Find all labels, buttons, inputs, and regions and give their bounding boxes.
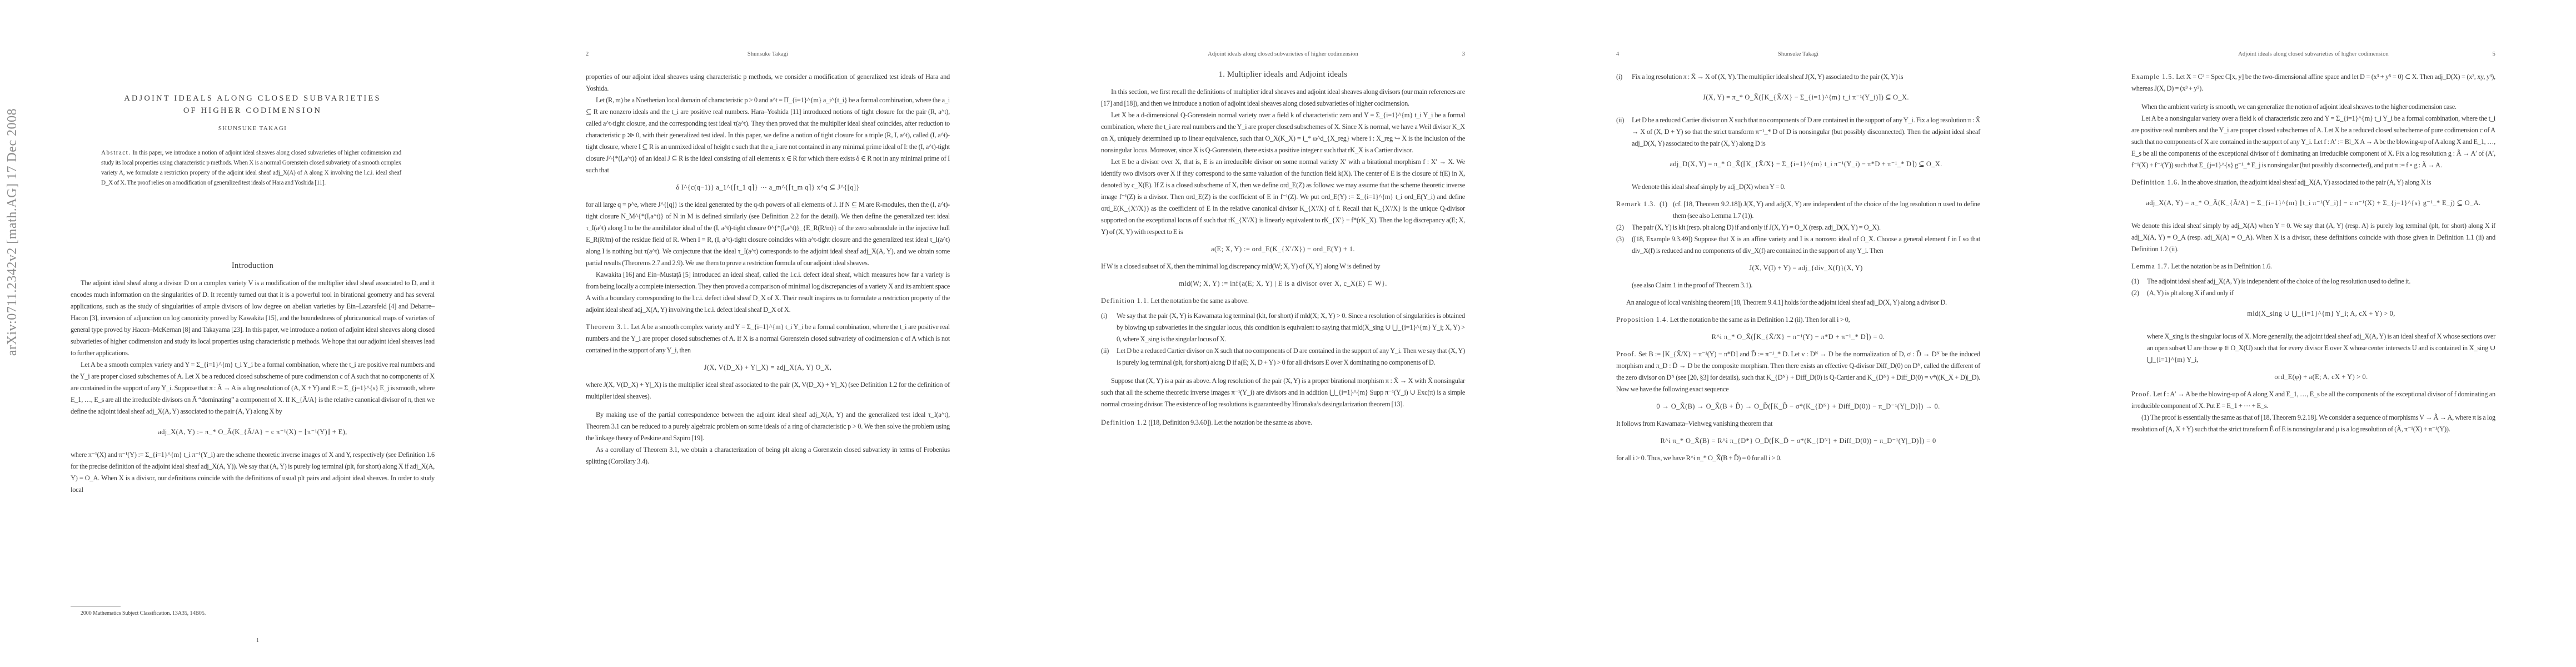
paragraph: for all i > 0. Thus, we have R^i π_* O_X… <box>1616 452 1980 464</box>
paper-title-line-2: OF HIGHER CODIMENSION <box>71 104 435 117</box>
lemma: Lemma 1.7. Let the notation be as in Def… <box>2131 261 2495 272</box>
section-title: Introduction <box>71 261 435 271</box>
definition-text: Let the notation be the same as above. <box>1150 297 1248 305</box>
paragraph: (1) The proof is essentially the same as… <box>2131 412 2495 435</box>
theorem-text: Let A be a smooth complex variety and Y … <box>586 323 950 354</box>
paragraph: An analogue of local vanishing theorem [… <box>1616 297 1980 308</box>
item-label: (ii) <box>1616 115 1624 126</box>
abstract: Abstract. In this paper, we introduce a … <box>101 148 401 188</box>
proof-text: Let f : A′ → A be the blowing-up of A al… <box>2131 390 2495 410</box>
definition: Definition 1.6. In the above situation, … <box>2131 177 2495 188</box>
theorem: Theorem 3.1. Let A be a smooth complex v… <box>586 321 950 356</box>
equation: J(X, Y) = π_* O_X̃(⌈K_{X̃/X} − Σ_{i=1}^{… <box>1632 92 1980 103</box>
equation: adj_D(X, Y) = π_* O_X̃(⌈K_{X̃/X} − Σ_{i=… <box>1632 158 1980 170</box>
introduction: Introduction The adjoint ideal sheaf alo… <box>71 261 435 496</box>
definition-text: ([18, Definition 9.3.60]). Let the notat… <box>1148 419 1312 426</box>
page-5: Adjoint ideals along closed subvarieties… <box>2061 0 2576 667</box>
item-after: where X_sing is the singular locus of X.… <box>2147 331 2495 366</box>
page-3: Adjoint ideals along closed subvarieties… <box>1030 0 1546 667</box>
item-label: (ii) <box>1101 345 1109 357</box>
paragraph: for all large q = p^e, where J^{[q]} is … <box>586 199 950 269</box>
list-item: (3) ([18, Example 9.3.49]) Suppose that … <box>1616 233 1980 291</box>
definition-label: Definition 1.2 <box>1101 419 1147 426</box>
running-head: 4 Shunsuke Takagi <box>1616 51 1980 60</box>
list-item: (1) The adjoint ideal sheaf adj_X(A, Y) … <box>2131 276 2495 287</box>
paragraph: In this section, we first recall the def… <box>1101 86 1465 109</box>
paragraph: If W is a closed subset of X, then the m… <box>1101 261 1465 272</box>
equation: a(E; X, Y) := ord_E(K_{X′/X}) − ord_E(Y)… <box>1101 243 1465 255</box>
paragraph: where J(X, V(D_X) + Y|_X) is the multipl… <box>586 379 950 402</box>
proof: Proof. Set B := ⌈K_{X̃/X} − π⁻¹(Y) − π*D… <box>1616 349 1980 395</box>
equation: mld(X_sing ∪ ⋃_{i=1}^{m} Y_i; A, cX + Y)… <box>2147 308 2495 320</box>
definition: Definition 1.1. Let the notation be the … <box>1101 295 1465 307</box>
paragraph: Suppose that (X, Y) is a pair as above. … <box>1101 375 1465 410</box>
proposition-text: Let the notation be the same as in Defin… <box>1670 316 1850 323</box>
item-label: (i) <box>1101 310 1107 322</box>
arxiv-stamp: arXiv:0711.2342v2 [math.AG] 17 Dec 2008 <box>4 50 21 414</box>
paragraph: We denote this ideal sheaf simply by adj… <box>2131 220 2495 255</box>
page-number: 3 <box>1462 51 1465 57</box>
running-head-title: Adjoint ideals along closed subvarieties… <box>1101 51 1465 57</box>
example-label: Example 1.5. <box>2131 73 2175 81</box>
proof-label: Proof. <box>2131 390 2152 398</box>
page-1: arXiv:0711.2342v2 [math.AG] 17 Dec 2008 … <box>0 0 515 667</box>
definition: Definition 1.2 ([18, Definition 9.3.60])… <box>1101 417 1465 429</box>
equation: J(X, V(D_X) + Y|_X) = adj_X(A, Y) O_X, <box>586 362 950 374</box>
lemma-label: Lemma 1.7. <box>2131 262 2170 270</box>
example: Example 1.5. Let X = C² = Spec C[x, y] b… <box>2131 71 2495 94</box>
running-head-title: Adjoint ideals along closed subvarieties… <box>2131 51 2495 57</box>
page-number: 5 <box>2493 51 2495 57</box>
item-text: The adjoint ideal sheaf adj_X(A, Y) is i… <box>2147 277 2410 285</box>
footnote-rule <box>71 606 121 606</box>
list-item: (ii) Let D be a reduced Cartier divisor … <box>1101 345 1465 369</box>
item-label: (2) <box>1616 222 1624 233</box>
paragraph: properties of our adjoint ideal sheaves … <box>586 71 950 94</box>
equation: 0 → O_X̃(B) → O_X̃(B + D̃) → O_D̃(⌈K_D̃ … <box>1616 401 1980 412</box>
pdf-page-strip: arXiv:0711.2342v2 [math.AG] 17 Dec 2008 … <box>0 0 2576 667</box>
running-head-title: Shunsuke Takagi <box>586 51 950 57</box>
abstract-label: Abstract. <box>101 150 131 156</box>
lemma-text: Let the notation be as in Definition 1.6… <box>2171 262 2271 270</box>
paragraph: It follows from Kawamata–Viehweg vanishi… <box>1616 418 1980 430</box>
arxiv-stamp-text: arXiv:0711.2342v2 [math.AG] 17 Dec 2008 <box>6 108 21 356</box>
running-head-title: Shunsuke Takagi <box>1616 51 1980 57</box>
proof: Proof. Let f : A′ → A be the blowing-up … <box>2131 389 2495 412</box>
proposition-label: Proposition 1.4. <box>1616 316 1668 323</box>
item-text: Let D be a reduced Cartier divisor on X … <box>1632 116 1980 147</box>
abstract-text: In this paper, we introduce a notion of … <box>101 150 401 186</box>
list-item: (2) The pair (X, Y) is klt (resp. plt al… <box>1616 222 1980 233</box>
paragraph: Let A be a nonsingular variety over a fi… <box>2131 113 2495 171</box>
item-text: ([18, Example 9.3.49]) Suppose that X is… <box>1632 235 1980 255</box>
equation: J(X, V(I) + Y) = adj_{div_X(f)}(X, Y) <box>1632 262 1980 274</box>
running-head: 2 Shunsuke Takagi <box>586 51 950 60</box>
equation: R^i π_* O_X̃(B) = R^i π_{D*} O_D̃(⌈K_D̃ … <box>1616 435 1980 447</box>
equation: R^i π_* O_X̃(⌈K_{X̃/X} − π⁻¹(Y) − π*D + … <box>1616 331 1980 343</box>
equation: δ I^{c(q−1)} a_1^{⌈t_1 q⌉} ⋯ a_m^{⌈t_m q… <box>586 182 950 193</box>
page-number: 1 <box>0 638 515 644</box>
footnote: 2000 Mathematics Subject Classification.… <box>81 610 206 616</box>
remark-label: Remark 1.3. <box>1616 200 1656 208</box>
proof-text: Set B := ⌈K_{X̃/X} − π⁻¹(Y) − π*D⌉ and D… <box>1616 350 1980 393</box>
list-item: (i) Fix a log resolution π : X̃ → X of (… <box>1616 71 1980 103</box>
definition-label: Definition 1.6. <box>2131 178 2180 186</box>
list-item: (2) (A, Y) is plt along X if and only if… <box>2131 287 2495 383</box>
paragraph: Let (R, m) be a Noetherian local domain … <box>586 94 950 176</box>
page-4: 4 Shunsuke Takagi (i) Fix a log resoluti… <box>1546 0 2061 667</box>
section-title: 1. Multiplier ideals and Adjoint ideals <box>1101 70 1465 79</box>
item-text: Let D be a reduced Cartier divisor on X … <box>1117 347 1465 366</box>
paragraph: As a corollary of Theorem 3.1, we obtain… <box>586 444 950 467</box>
equation: adj_X(A, Y) := π_* O_Ã(K_{Ã/A} − c π⁻¹(X… <box>71 426 435 438</box>
page-body: Example 1.5. Let X = C² = Spec C[x, y] b… <box>2131 71 2495 435</box>
item-label: (3) <box>1616 233 1624 245</box>
item-label: (1) <box>1660 198 1667 210</box>
equation: ord_E(φ) + a(E; A, cX + Y) > 0. <box>2147 371 2495 383</box>
running-head: Adjoint ideals along closed subvarieties… <box>2131 51 2495 60</box>
proof-label: Proof. <box>1616 350 1637 358</box>
paragraph: By making use of the partial corresponde… <box>586 409 950 444</box>
paragraph: Kawakita [16] and Ein–Mustaţă [5] introd… <box>586 269 950 316</box>
paragraph: When the ambient variety is smooth, we c… <box>2131 101 2495 113</box>
proposition: Proposition 1.4. Let the notation be the… <box>1616 314 1980 326</box>
list-item: (i) We say that the pair (X, Y) is Kawam… <box>1101 310 1465 345</box>
item-label: (1) <box>2131 276 2139 287</box>
definition-text: In the above situation, the adjoint idea… <box>2181 178 2431 186</box>
item-text: (A, Y) is plt along X if and only if <box>2147 289 2234 297</box>
item-after: (see also Claim 1 in the proof of Theore… <box>1632 280 1980 291</box>
item-text: The pair (X, Y) is klt (resp. plt along … <box>1632 223 1881 231</box>
example-text: Let X = C² = Spec C[x, y] be the two-dim… <box>2131 73 2495 92</box>
paragraph: Let E be a divisor over X, that is, E is… <box>1101 156 1465 238</box>
page-2: 2 Shunsuke Takagi properties of our adjo… <box>515 0 1030 667</box>
item-text: Fix a log resolution π : X̃ → X of (X, Y… <box>1632 73 1903 81</box>
paragraph: Let A be a smooth complex variety and Y … <box>71 359 435 417</box>
page-body: (i) Fix a log resolution π : X̃ → X of (… <box>1616 71 1980 464</box>
item-text: We say that the pair (X, Y) is Kawamata … <box>1117 312 1465 343</box>
running-head: Adjoint ideals along closed subvarieties… <box>1101 51 1465 60</box>
paragraph: where π⁻¹(X) and π⁻¹(Y) := Σ_{i=1}^{m} t… <box>71 449 435 496</box>
title-block: ADJOINT IDEALS ALONG CLOSED SUBVARIETIES… <box>71 92 435 117</box>
item-label: (i) <box>1616 71 1622 83</box>
definition-label: Definition 1.1. <box>1101 297 1149 305</box>
item-text: (cf. [18, Theorem 9.2.18]) J(X, Y) and a… <box>1673 200 1980 220</box>
item-after: We denote this ideal sheaf simply by adj… <box>1632 181 1980 193</box>
author-name: SHUNSUKE TAKAGI <box>71 125 435 132</box>
paragraph: The adjoint ideal sheaf along a divisor … <box>71 277 435 359</box>
equation: adj_X(A, Y) = π_* O_Ã(K_{Ã/A} − Σ_{i=1}^… <box>2131 197 2495 209</box>
list-item: (1) (cf. [18, Theorem 9.2.18]) J(X, Y) a… <box>1660 198 1980 222</box>
list-item: (ii) Let D be a reduced Cartier divisor … <box>1616 115 1980 193</box>
author-block: SHUNSUKE TAKAGI <box>71 125 435 132</box>
item-label: (2) <box>2131 287 2139 299</box>
paragraph: Let X be a d-dimensional Q-Gorenstein no… <box>1101 109 1465 156</box>
equation: mld(W; X, Y) := inf{a(E; X, Y) | E is a … <box>1101 278 1465 290</box>
paper-title-line-1: ADJOINT IDEALS ALONG CLOSED SUBVARIETIES <box>71 92 435 104</box>
page-body: 1. Multiplier ideals and Adjoint ideals … <box>1101 70 1465 429</box>
theorem-label: Theorem 3.1. <box>586 323 629 331</box>
page-body: properties of our adjoint ideal sheaves … <box>586 71 950 467</box>
